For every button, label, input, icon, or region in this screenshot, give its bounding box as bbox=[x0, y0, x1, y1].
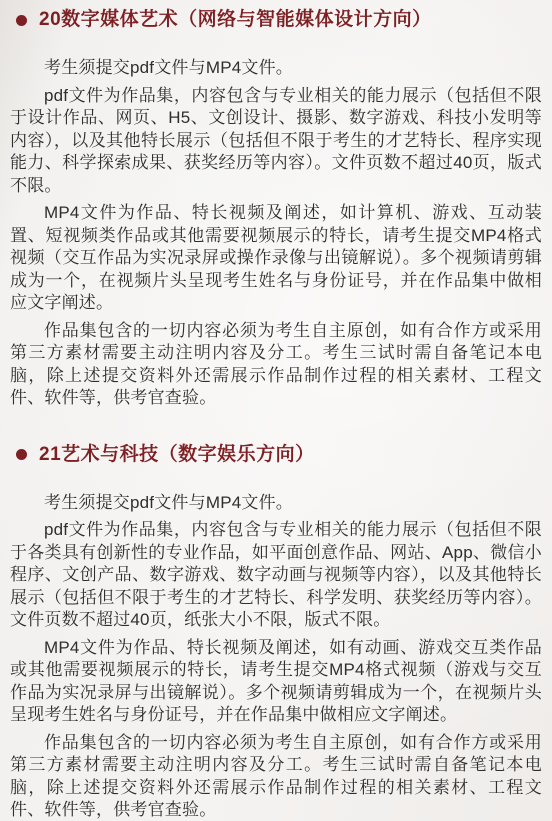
section-heading-row: 21艺术与科技（数字娱乐方向） bbox=[16, 443, 542, 467]
body-paragraph: MP4文件为作品、特长视频及阐述，如计算机、游戏、互动装置、短视频类作品或其他需… bbox=[10, 202, 542, 315]
body-paragraph: 作品集包含的一切内容必须为考生自主原创，如有合作方或采用第三方素材需要主动注明内… bbox=[10, 320, 542, 410]
section-heading: 20数字媒体艺术（网络与智能媒体设计方向） bbox=[39, 8, 432, 32]
body-paragraph: pdf文件为作品集，内容包含与专业相关的能力展示（包括但不限于各类具有创新性的专… bbox=[10, 519, 542, 632]
section-21-art-and-technology: 21艺术与科技（数字娱乐方向） 考生须提交pdf文件与MP4文件。 pdf文件为… bbox=[10, 443, 542, 821]
section-heading: 21艺术与科技（数字娱乐方向） bbox=[39, 443, 315, 467]
section-heading-row: 20数字媒体艺术（网络与智能媒体设计方向） bbox=[16, 8, 542, 32]
body-paragraph: MP4文件为作品、特长视频及阐述，如有动画、游戏交互类作品或其他需要视频展示的特… bbox=[10, 637, 542, 727]
body-paragraph: 作品集包含的一切内容必须为考生自主原创，如有合作方或采用第三方素材需要主动注明内… bbox=[10, 732, 542, 821]
section-20-digital-media-art: 20数字媒体艺术（网络与智能媒体设计方向） 考生须提交pdf文件与MP4文件。 … bbox=[10, 8, 542, 410]
bullet-icon bbox=[16, 15, 27, 26]
body-paragraph: 考生须提交pdf文件与MP4文件。 bbox=[10, 57, 542, 80]
body-paragraph: pdf文件为作品集，内容包含与专业相关的能力展示（包括但不限于设计作品、网页、H… bbox=[10, 85, 542, 198]
document-page: 20数字媒体艺术（网络与智能媒体设计方向） 考生须提交pdf文件与MP4文件。 … bbox=[0, 0, 552, 821]
body-paragraph: 考生须提交pdf文件与MP4文件。 bbox=[10, 492, 542, 515]
bullet-icon bbox=[16, 449, 27, 460]
